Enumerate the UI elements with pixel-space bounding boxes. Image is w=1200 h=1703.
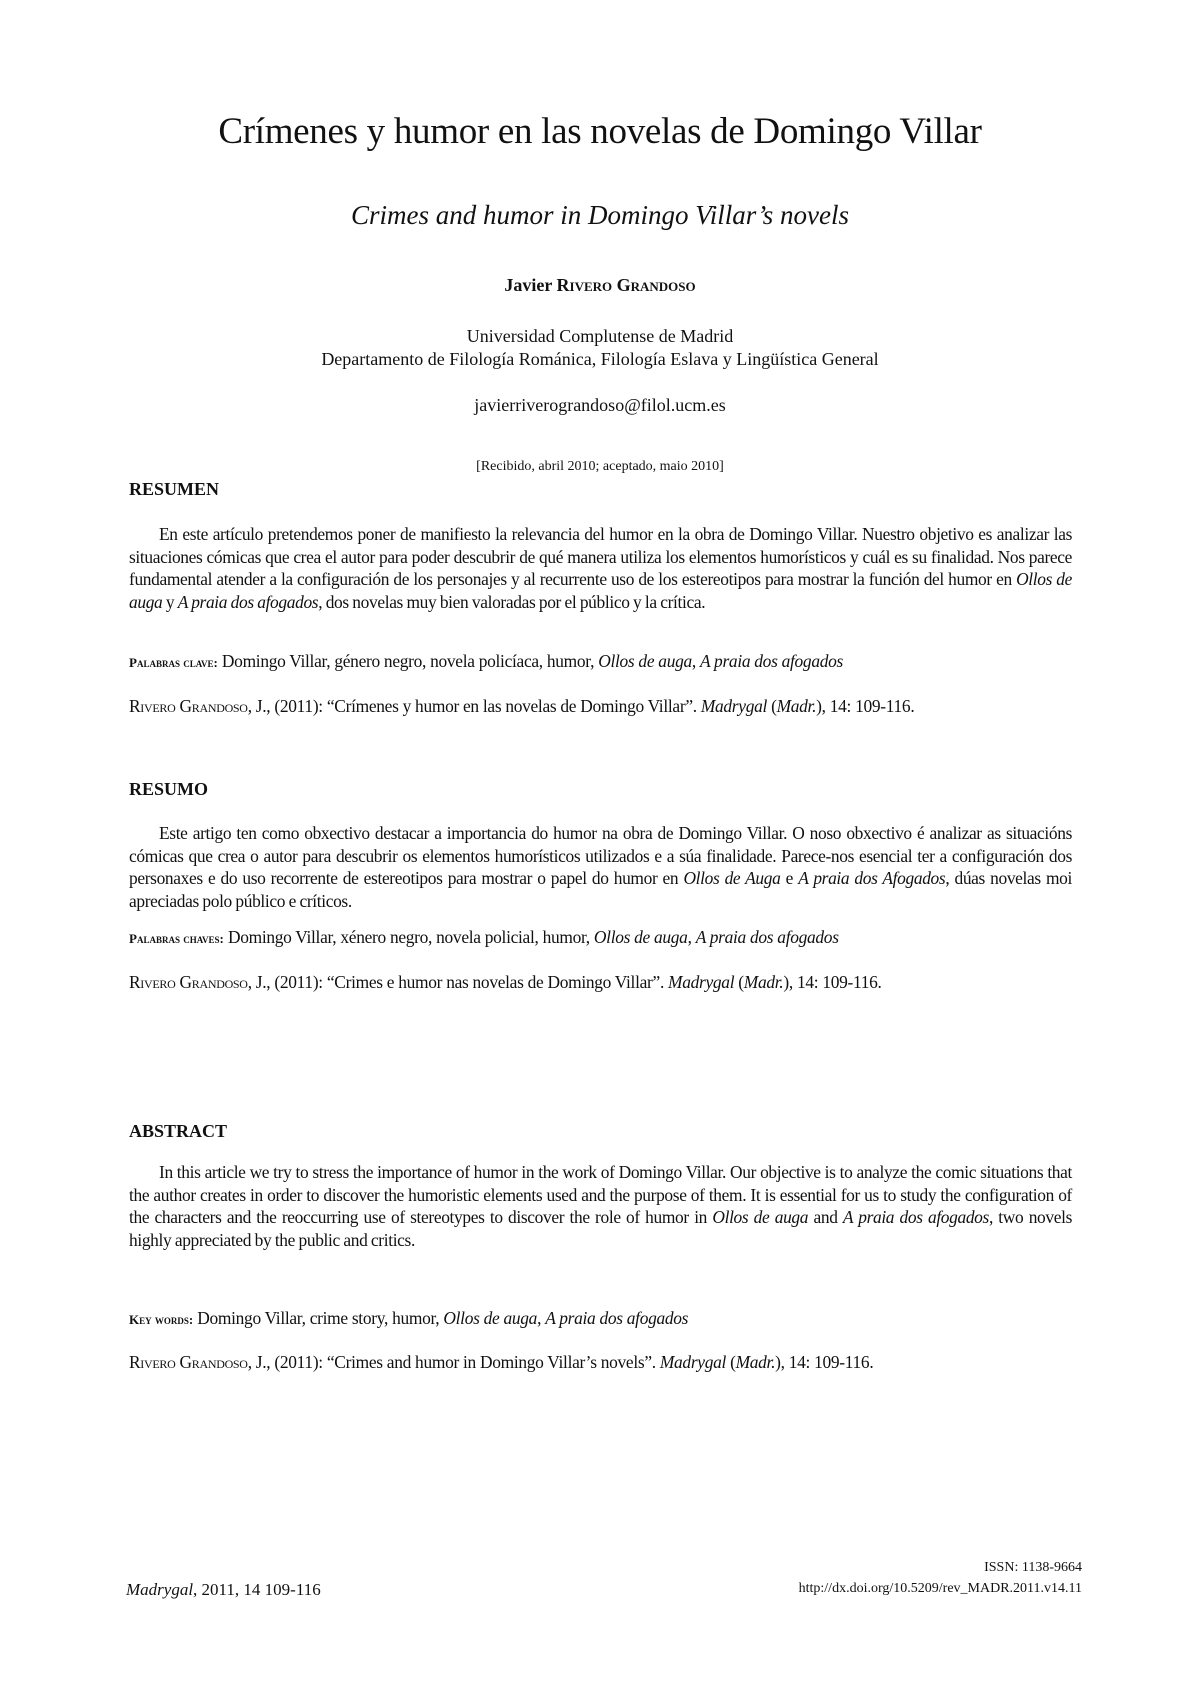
- footer-journal-info: Madrygal, 2011, 14 109-116: [126, 1580, 321, 1600]
- author-email[interactable]: javierriverograndoso@filol.ucm.es: [0, 395, 1200, 416]
- resumo-keywords: Palabras chaves: Domingo Villar, xénero …: [129, 927, 1089, 948]
- author-first-name: Javier: [504, 275, 552, 295]
- resumen-body: En este artículo pretendemos poner de ma…: [129, 523, 1072, 613]
- work-title: A praia dos Afogados: [798, 868, 945, 888]
- abstract-heading: ABSTRACT: [129, 1121, 227, 1142]
- keywords-label: Palabras chaves:: [129, 931, 224, 946]
- received-dates: [Recibido, abril 2010; aceptado, maio 20…: [0, 459, 1200, 475]
- resumen-citation: Rivero Grandoso, J., (2011): “Crímenes y…: [129, 694, 1102, 718]
- keywords-label: Key words:: [129, 1312, 193, 1327]
- footer-identifiers: ISSN: 1138-9664 http://dx.doi.org/10.520…: [799, 1557, 1082, 1599]
- work-title: A praia dos afogados: [178, 592, 318, 612]
- work-title: Ollos de Auga: [683, 868, 780, 888]
- resumo-heading: RESUMO: [129, 779, 208, 800]
- abstract-citation: Rivero Grandoso, J., (2011): “Crimes and…: [129, 1350, 1102, 1374]
- resumo-citation: Rivero Grandoso, J., (2011): “Crimes e h…: [129, 970, 1102, 994]
- author-name: Javier Rivero Grandoso: [0, 275, 1200, 296]
- affiliation-university: Universidad Complutense de Madrid: [0, 325, 1200, 348]
- work-title: A praia dos afogados: [843, 1207, 989, 1227]
- affiliation: Universidad Complutense de Madrid Depart…: [0, 325, 1200, 371]
- abstract-keywords: Key words: Domingo Villar, crime story, …: [129, 1308, 1089, 1329]
- resumo-body: Este artigo ten como obxectivo destacar …: [129, 822, 1072, 912]
- footer-issn: ISSN: 1138-9664: [799, 1557, 1082, 1578]
- affiliation-department: Departamento de Filología Románica, Filo…: [0, 348, 1200, 371]
- footer-doi-link[interactable]: http://dx.doi.org/10.5209/rev_MADR.2011.…: [799, 1578, 1082, 1599]
- author-last-name: Rivero Grandoso: [557, 275, 696, 295]
- article-subtitle: Crimes and humor in Domingo Villar’s nov…: [0, 200, 1200, 231]
- keywords-label: Palabras clave:: [129, 655, 218, 670]
- resumen-keywords: Palabras clave: Domingo Villar, género n…: [129, 651, 1089, 672]
- footer-journal-name: Madrygal: [126, 1580, 193, 1599]
- resumen-heading: RESUMEN: [129, 479, 219, 500]
- article-title: Crímenes y humor en las novelas de Domin…: [0, 110, 1200, 153]
- work-title: Ollos de auga: [712, 1207, 808, 1227]
- abstract-body: In this article we try to stress the imp…: [129, 1161, 1072, 1251]
